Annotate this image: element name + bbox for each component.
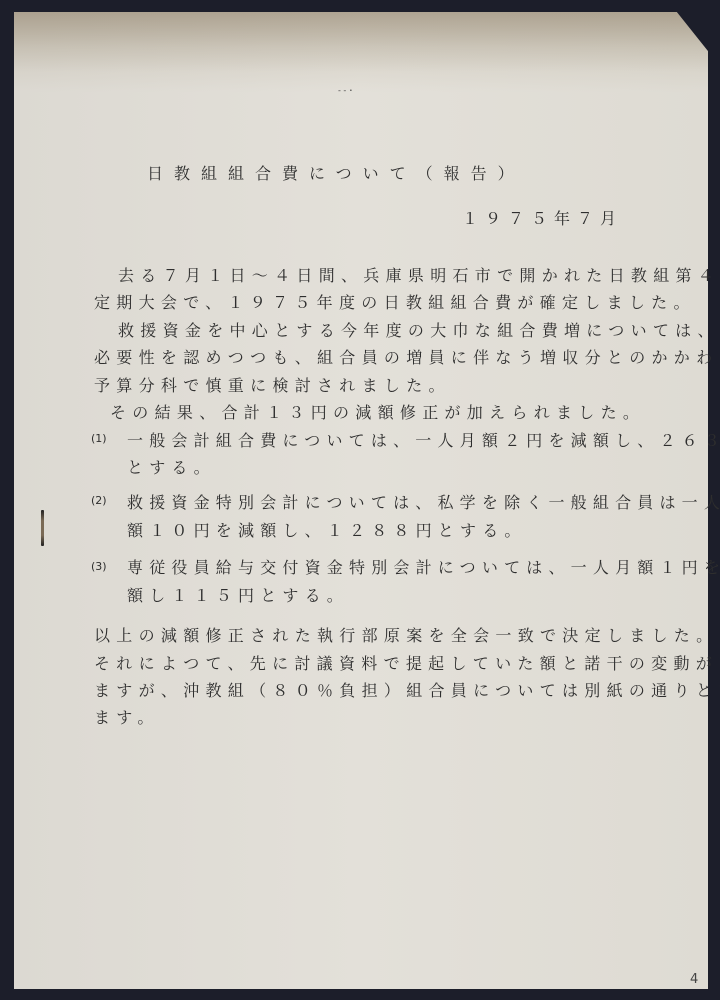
- item-number-2: (2): [91, 494, 107, 507]
- item-3-line-1: 専従役員給与交付資金特別会計については、一人月額１円を減: [127, 555, 720, 578]
- paragraph-1-line-1: 去る７月１日～４日間、兵庫県明石市で開かれた日教組第４７回: [118, 263, 720, 286]
- closing-line-2: それによつて、先に討議資料で提起していた額と諾干の変動があり: [94, 651, 720, 674]
- staple-mark: [41, 510, 44, 546]
- top-mark: - - ･: [338, 89, 366, 92]
- item-1-line-1: 一般会計組合費については、一人月額２円を減額し、２６３円: [127, 428, 720, 451]
- item-1-line-2: とする。: [127, 455, 216, 478]
- paragraph-1-line-2: 定期大会で、１９７５年度の日教組組合費が確定しました。: [94, 290, 696, 313]
- document-title: 日教組組合費について（報告）: [147, 161, 525, 184]
- item-3-line-2: 額し１１５円とする。: [127, 583, 349, 606]
- closing-line-3: ますが、沖教組（８０％負担）組合員については別紙の通りとなり: [94, 678, 720, 701]
- item-number-1: (1): [91, 432, 107, 445]
- paragraph-2-line-1: 救援資金を中心とする今年度の大巾な組合費増については、その: [118, 318, 720, 341]
- page-number: 4: [690, 972, 698, 987]
- item-2-line-2: 額１０円を減額し、１２８８円とする。: [127, 518, 527, 541]
- paragraph-2-line-3: 予算分科で慎重に検討されました。: [94, 373, 451, 396]
- paper-stain: [14, 12, 708, 72]
- item-2-line-1: 救援資金特別会計については、私学を除く一般組合員は一人月: [127, 490, 720, 513]
- closing-line-1: 以上の減額修正された執行部原案を全会一致で決定しました。: [94, 623, 718, 646]
- document-date: １９７５年７月: [462, 206, 623, 229]
- item-number-3: (3): [91, 560, 107, 573]
- paragraph-2-line-2: 必要性を認めつつも、組合員の増員に伴なう増収分とのかかわりで: [94, 345, 720, 368]
- paragraph-3-line-1: その結果、合計１３円の減額修正が加えられました。: [110, 400, 645, 423]
- closing-line-4: ます。: [94, 705, 160, 728]
